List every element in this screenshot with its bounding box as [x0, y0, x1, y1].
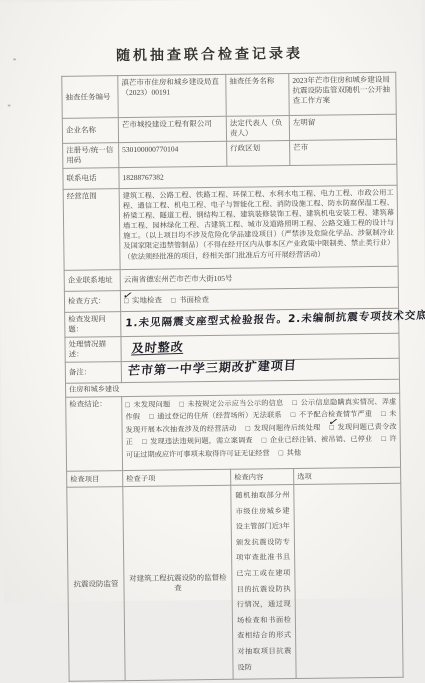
conclusion-option: □✓未发现问题	[125, 401, 170, 410]
page-title: 随机抽查联合检查记录表	[0, 41, 422, 66]
checkbox-icon: □	[149, 412, 154, 421]
company-value: 芒市城投建设工程有限公司	[118, 116, 226, 142]
item-option	[294, 483, 403, 600]
items-header-subitem: 检查子项	[123, 469, 231, 486]
method-label: 检查方式：	[64, 291, 120, 313]
conclusion-option: □✓其他	[279, 449, 301, 457]
scope-label: 经营范围	[63, 189, 120, 271]
task-no-label: 抽查任务编号	[62, 76, 119, 119]
handwritten-remark: 芒市第一中学三期改扩建项目	[128, 360, 298, 376]
checkbox-icon: □	[381, 409, 386, 418]
conclusion-option: □✓发现违法违规问题，需立案调查	[142, 437, 253, 446]
item-content: 随机抽取部分州市级住房城乡建设主管部门近3年颁发抗震设防专项审查批准书且已完工或…	[231, 485, 296, 600]
method-option: □✓书面检查	[171, 295, 209, 304]
conclusion-options: □✓未发现问题□✓未按规定公示应当公示的信息□✓公示信息隐瞒真实情况、弄虚作假□…	[122, 393, 401, 470]
checkbox-icon: □	[179, 399, 184, 408]
row-item-seismic: 抗震设防监管 对建筑工程抗震设防的监督检查 随机抽取部分州市级住房城乡建设主管部…	[67, 483, 403, 600]
checkbox-icon: □	[245, 423, 250, 432]
phone-label: 联系电话	[63, 168, 119, 190]
conclusion-option: □✓发现问题待后续处理	[246, 424, 321, 433]
handling-value: 及时整改	[121, 333, 399, 361]
checkbox-icon: □	[292, 398, 297, 407]
item-subitem: 对建筑工程抗震设防的监督检查	[123, 485, 233, 600]
conclusion-option: □✓通过登记的住所（经营场所）无法联系	[149, 412, 282, 422]
items-header-content: 检查内容	[231, 469, 294, 486]
handwritten-handling: 及时整改	[131, 342, 184, 356]
items-header-option: 选项	[294, 467, 401, 484]
conclusion-label: 检查结论：	[66, 397, 123, 472]
checkbox-icon: □	[381, 434, 386, 443]
checkbox-icon: □	[171, 295, 176, 304]
checkbox-icon: □	[291, 410, 296, 419]
district-label: 行政区划	[227, 141, 290, 167]
row-scope: 经营范围 建筑工程、公路工程、铁路工程、环保工程、水利水电工程、电力工程、市政公…	[63, 185, 398, 270]
method-option: □✓实地检查	[124, 296, 162, 305]
reg-no-label: 注册号/统一信用码	[63, 143, 119, 169]
scanned-document: 随机抽查联合检查记录表 抽查任务编号 滇芒市市住房和城乡建设局直（2023）00…	[0, 0, 425, 600]
remark-label: 备注：	[65, 362, 121, 384]
reg-no-value: 530100000770104	[119, 141, 227, 167]
legal-rep-value: 左明留	[289, 114, 396, 140]
inspection-form: 抽查任务编号 滇芒市市住房和城乡建设局直（2023）00191 抽查任务名称 2…	[61, 72, 403, 600]
task-name-value: 2023年芒市住房和城乡建设局抗震设防监管双随机一公开抽查工作方案	[289, 72, 397, 115]
item-name: 抗震设防监管	[67, 487, 125, 600]
checkbox-icon: □	[142, 437, 147, 446]
company-label: 企业名称	[62, 118, 118, 144]
district-value: 芒市	[290, 139, 397, 165]
conclusion-option: □✓未按规定公示应当公示的信息	[179, 399, 283, 408]
row-conclusion: 检查结论： □✓未发现问题□✓未按规定公示应当公示的信息□✓公示信息隐瞒真实情况…	[66, 393, 401, 471]
checkbox-icon: □	[125, 400, 130, 409]
conclusion-option: □✓企业已经注销、被吊销、已停业	[262, 435, 373, 444]
scan-speck	[8, 104, 11, 106]
handling-label: 处理情况描述：	[65, 337, 121, 363]
task-no-value: 滇芒市市住房和城乡建设局直（2023）00191	[118, 74, 227, 117]
items-header-item: 检查项目	[67, 471, 123, 488]
scope-value: 建筑工程、公路工程、铁路工程、环保工程、水利水电工程、电力工程、市政公用工程、通…	[119, 185, 398, 269]
checkbox-icon: □	[262, 436, 267, 445]
legal-rep-label: 法定代表人（负责人）	[226, 116, 289, 142]
handwritten-problems: 1.未见隔震支座型式检验报告。2.未编制抗震专项技术交底内容。	[125, 310, 425, 329]
problems-label: 检查发现问题：	[65, 312, 121, 338]
task-name-label: 抽查任务名称	[226, 74, 290, 117]
checkbox-icon: □	[279, 448, 284, 457]
problems-value: 1.未见隔震支座型式检验报告。2.未编制抗震专项技术交底内容。	[121, 308, 399, 336]
scan-speck	[13, 58, 16, 60]
row-task: 抽查任务编号 滇芒市市住房和城乡建设局直（2023）00191 抽查任务名称 2…	[62, 72, 396, 118]
address-label: 企业联系地址	[64, 270, 120, 292]
